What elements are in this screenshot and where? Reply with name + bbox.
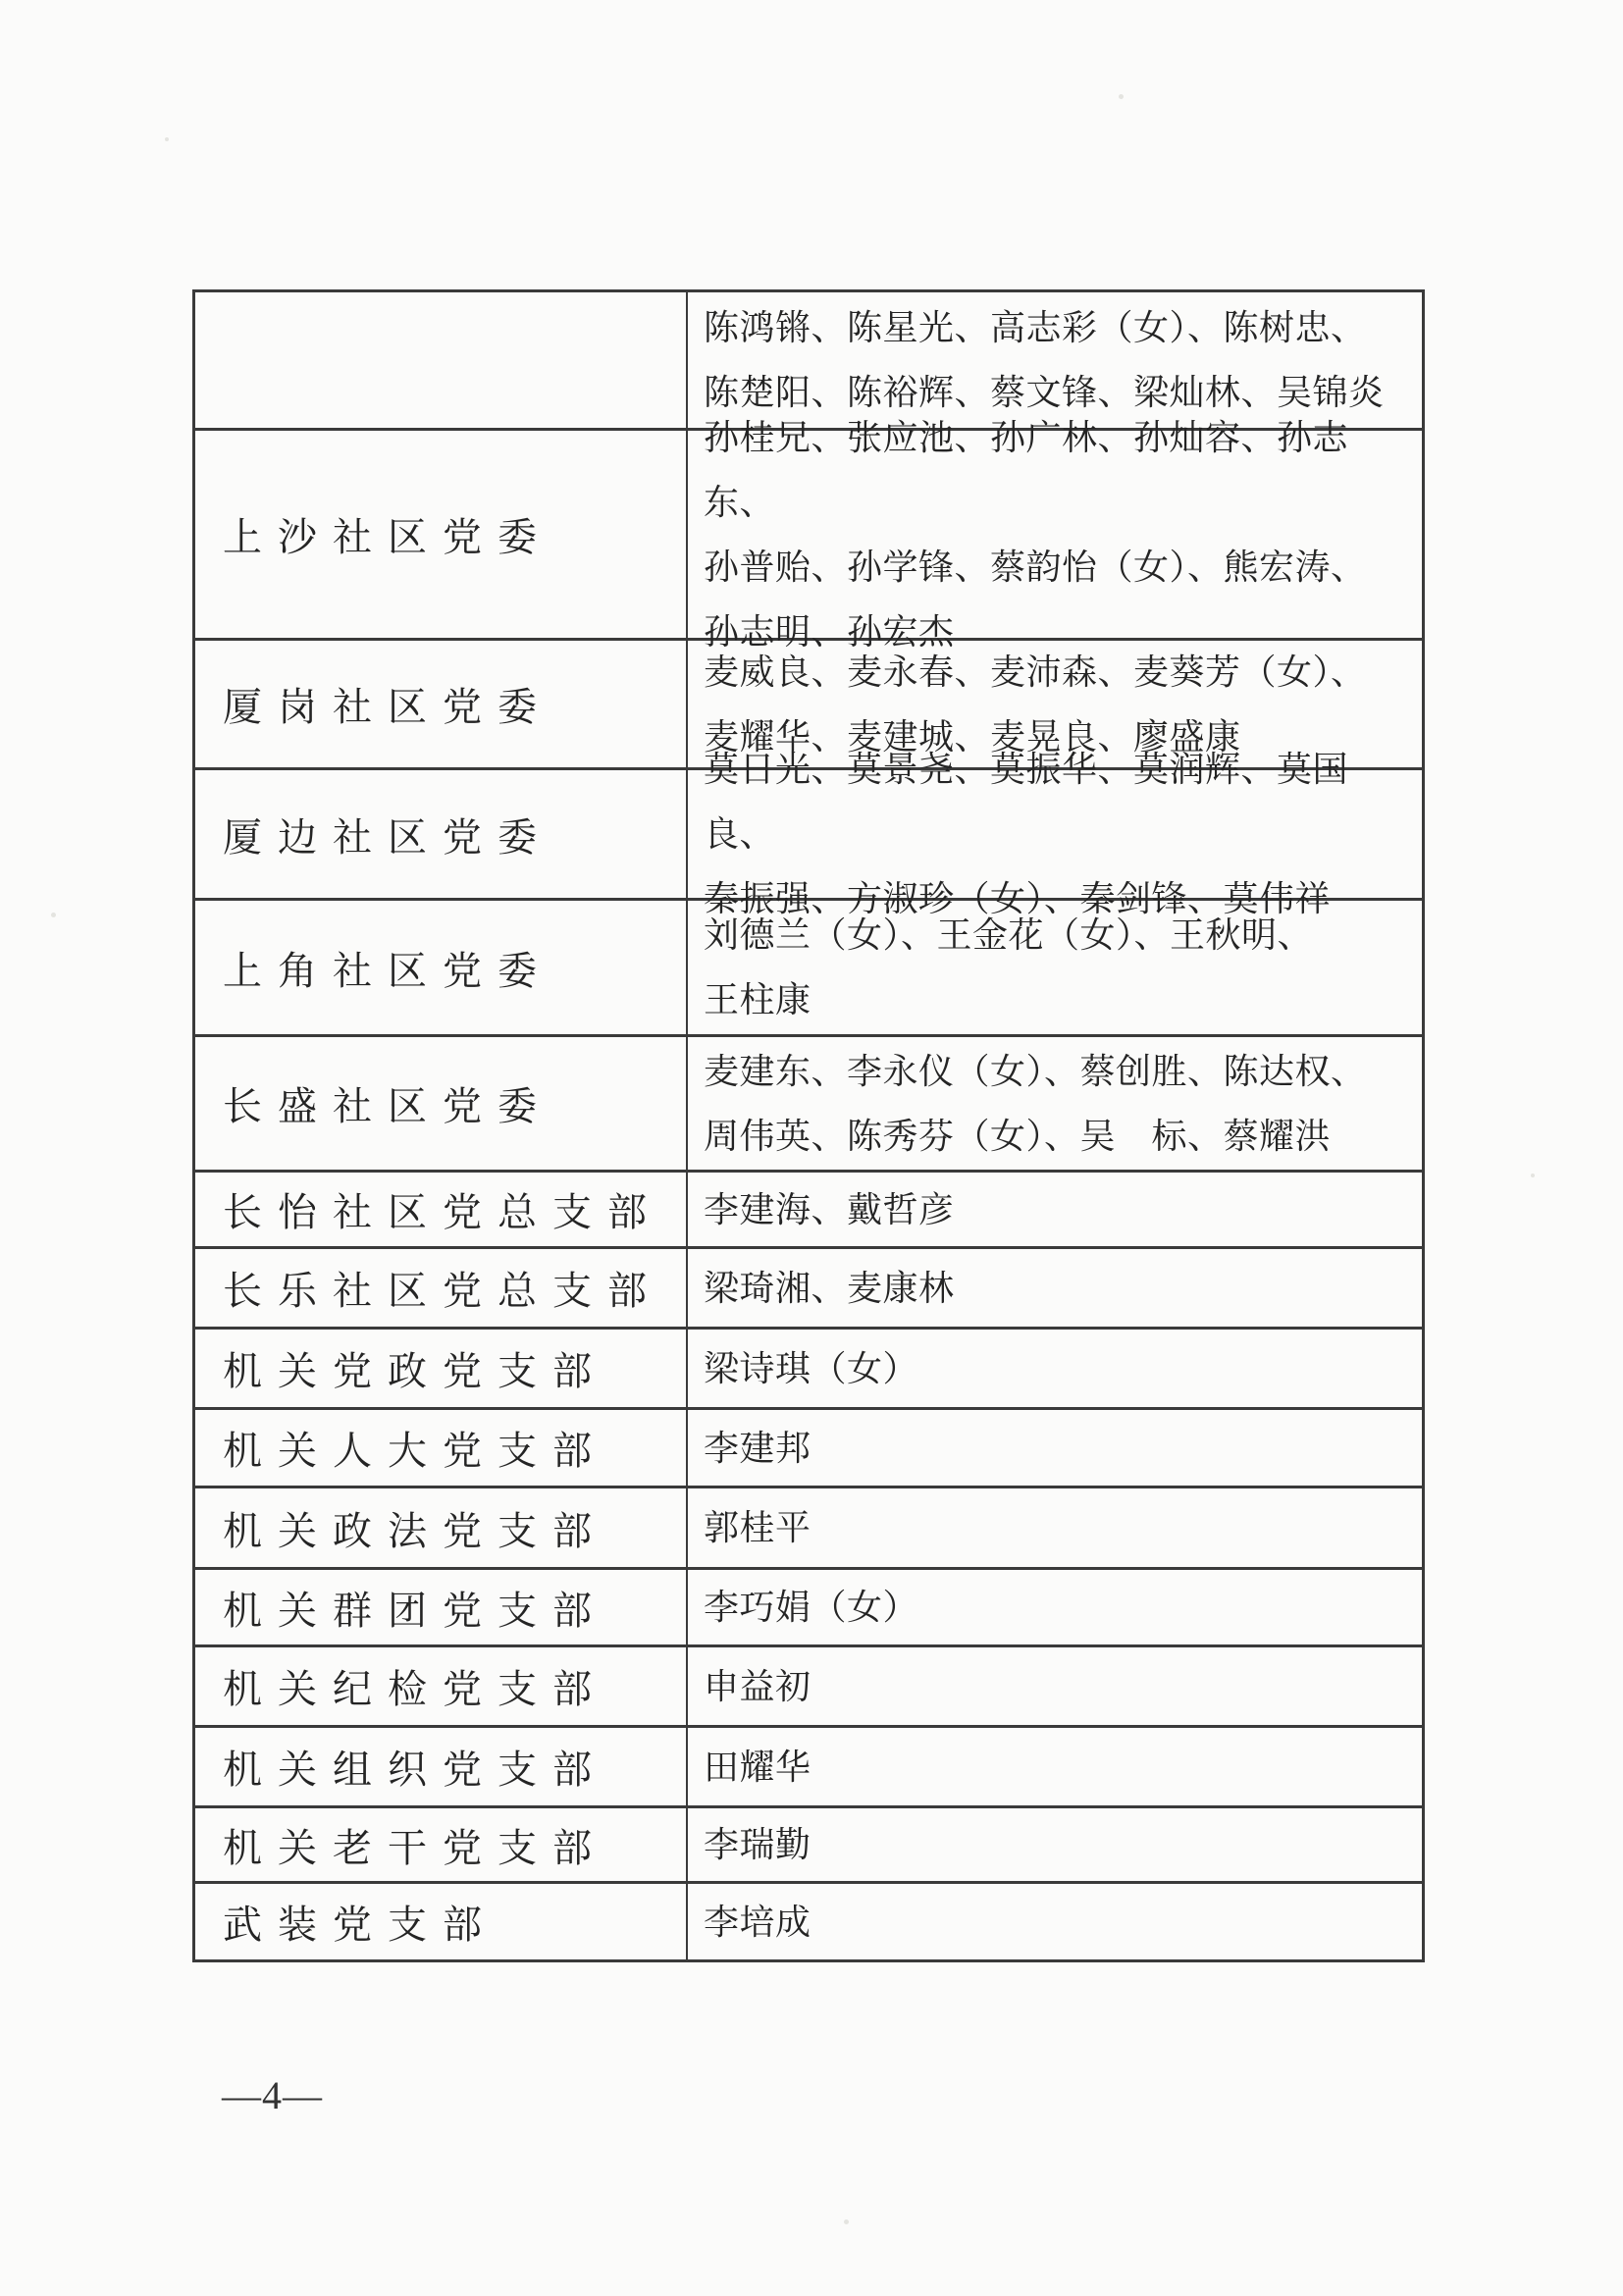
members-text: 孙桂兄、张应池、孙广林、孙灿容、孙志东、 孙普贻、孙学锋、蔡韵怡（女）、熊宏涛、… xyxy=(704,405,1418,664)
org-cell: 上角社区党委 xyxy=(195,901,688,1034)
org-label: 长盛社区党委 xyxy=(223,1075,552,1131)
org-members-table: 陈鸿锵、陈星光、高志彩（女）、陈树忠、 陈楚阳、陈裕辉、蔡文锋、梁灿林、吴锦炎 … xyxy=(192,289,1425,1962)
org-cell: 机关政法党支部 xyxy=(195,1488,688,1567)
members-text: 梁琦湘、麦康林 xyxy=(704,1256,955,1321)
org-label: 长怡社区党总支部 xyxy=(223,1181,662,1237)
org-label: 上角社区党委 xyxy=(223,940,552,996)
org-cell: 长乐社区党总支部 xyxy=(195,1249,688,1327)
members-cell: 李巧娟（女） xyxy=(688,1570,1422,1644)
members-cell: 刘德兰（女）、王金花（女）、王秋明、 王柱康 xyxy=(688,901,1422,1034)
document-page: 陈鸿锵、陈星光、高志彩（女）、陈树忠、 陈楚阳、陈裕辉、蔡文锋、梁灿林、吴锦炎 … xyxy=(0,0,1623,2296)
members-text: 郭桂平 xyxy=(704,1495,811,1560)
table-row: 机关政法党支部 郭桂平 xyxy=(195,1486,1422,1567)
org-label: 长乐社区党总支部 xyxy=(223,1260,662,1316)
members-text: 李建海、戴哲彦 xyxy=(704,1177,955,1242)
org-cell: 机关人大党支部 xyxy=(195,1410,688,1486)
table-row: 机关组织党支部 田耀华 xyxy=(195,1725,1422,1805)
table-row: 机关老干党支部 李瑞勤 xyxy=(195,1805,1422,1881)
members-cell: 李瑞勤 xyxy=(688,1808,1422,1881)
org-cell: 机关党政党支部 xyxy=(195,1330,688,1407)
table-row: 长盛社区党委 麦建东、李永仪（女）、蔡创胜、陈达权、 周伟英、陈秀芬（女）、吴 … xyxy=(195,1034,1422,1170)
table-row: 上沙社区党委 孙桂兄、张应池、孙广林、孙灿容、孙志东、 孙普贻、孙学锋、蔡韵怡（… xyxy=(195,428,1422,638)
members-cell: 莫日光、莫景尧、莫振华、莫润辉、莫国良、 秦振强、方淑珍（女）、秦剑锋、莫伟祥 xyxy=(688,770,1422,898)
scan-speck xyxy=(1119,94,1124,99)
members-text: 李培成 xyxy=(704,1890,811,1955)
members-cell: 李建邦 xyxy=(688,1410,1422,1486)
org-cell: 长盛社区党委 xyxy=(195,1037,688,1170)
members-cell: 申益初 xyxy=(688,1647,1422,1725)
org-cell: 机关老干党支部 xyxy=(195,1808,688,1881)
org-cell: 机关群团党支部 xyxy=(195,1570,688,1644)
members-cell: 田耀华 xyxy=(688,1728,1422,1805)
table-row: 机关纪检党支部 申益初 xyxy=(195,1644,1422,1725)
org-label: 机关群团党支部 xyxy=(223,1580,607,1636)
table-row: 机关群团党支部 李巧娟（女） xyxy=(195,1567,1422,1644)
members-text: 麦建东、李永仪（女）、蔡创胜、陈达权、 周伟英、陈秀芬（女）、吴 标、蔡耀洪 xyxy=(704,1039,1367,1169)
members-cell: 李培成 xyxy=(688,1884,1422,1959)
table-row: 武装党支部 李培成 xyxy=(195,1881,1422,1959)
members-text: 田耀华 xyxy=(704,1735,811,1800)
members-cell: 李建海、戴哲彦 xyxy=(688,1173,1422,1246)
org-label: 厦岗社区党委 xyxy=(223,676,552,732)
org-cell: 长怡社区党总支部 xyxy=(195,1173,688,1246)
members-cell: 郭桂平 xyxy=(688,1488,1422,1567)
table-row: 长怡社区党总支部 李建海、戴哲彦 xyxy=(195,1170,1422,1246)
members-cell: 梁琦湘、麦康林 xyxy=(688,1249,1422,1327)
members-text: 刘德兰（女）、王金花（女）、王秋明、 王柱康 xyxy=(704,903,1313,1032)
org-label: 机关老干党支部 xyxy=(223,1817,607,1873)
table-row: 长乐社区党总支部 梁琦湘、麦康林 xyxy=(195,1246,1422,1327)
org-label: 武装党支部 xyxy=(223,1894,497,1950)
members-text: 李建邦 xyxy=(704,1416,811,1481)
org-cell: 厦边社区党委 xyxy=(195,770,688,898)
scan-speck xyxy=(844,2219,849,2224)
members-text: 梁诗琪（女） xyxy=(704,1336,918,1401)
org-label: 厦边社区党委 xyxy=(223,807,552,862)
org-cell: 武装党支部 xyxy=(195,1884,688,1959)
members-text: 李瑞勤 xyxy=(704,1812,811,1877)
org-label: 机关党政党支部 xyxy=(223,1340,607,1396)
table-row: 厦边社区党委 莫日光、莫景尧、莫振华、莫润辉、莫国良、 秦振强、方淑珍（女）、秦… xyxy=(195,767,1422,898)
table-row: 机关人大党支部 李建邦 xyxy=(195,1407,1422,1486)
org-label: 机关人大党支部 xyxy=(223,1420,607,1476)
org-cell: 机关纪检党支部 xyxy=(195,1647,688,1725)
scan-speck xyxy=(1531,1174,1535,1177)
org-label: 机关组织党支部 xyxy=(223,1739,607,1795)
members-text: 申益初 xyxy=(704,1654,811,1719)
org-label: 机关政法党支部 xyxy=(223,1500,607,1556)
org-label: 上沙社区党委 xyxy=(223,506,552,562)
org-cell: 机关组织党支部 xyxy=(195,1728,688,1805)
org-cell: 上沙社区党委 xyxy=(195,431,688,638)
scan-speck xyxy=(165,137,169,141)
table-row: 机关党政党支部 梁诗琪（女） xyxy=(195,1327,1422,1407)
org-cell xyxy=(195,292,688,428)
org-cell: 厦岗社区党委 xyxy=(195,641,688,767)
members-cell: 麦建东、李永仪（女）、蔡创胜、陈达权、 周伟英、陈秀芬（女）、吴 标、蔡耀洪 xyxy=(688,1037,1422,1170)
page-number: —4— xyxy=(222,2072,323,2118)
scan-speck xyxy=(51,913,56,917)
members-cell: 孙桂兄、张应池、孙广林、孙灿容、孙志东、 孙普贻、孙学锋、蔡韵怡（女）、熊宏涛、… xyxy=(688,431,1422,638)
org-label: 机关纪检党支部 xyxy=(223,1658,607,1714)
members-text: 李巧娟（女） xyxy=(704,1575,918,1640)
table-row: 上角社区党委 刘德兰（女）、王金花（女）、王秋明、 王柱康 xyxy=(195,898,1422,1034)
members-cell: 梁诗琪（女） xyxy=(688,1330,1422,1407)
